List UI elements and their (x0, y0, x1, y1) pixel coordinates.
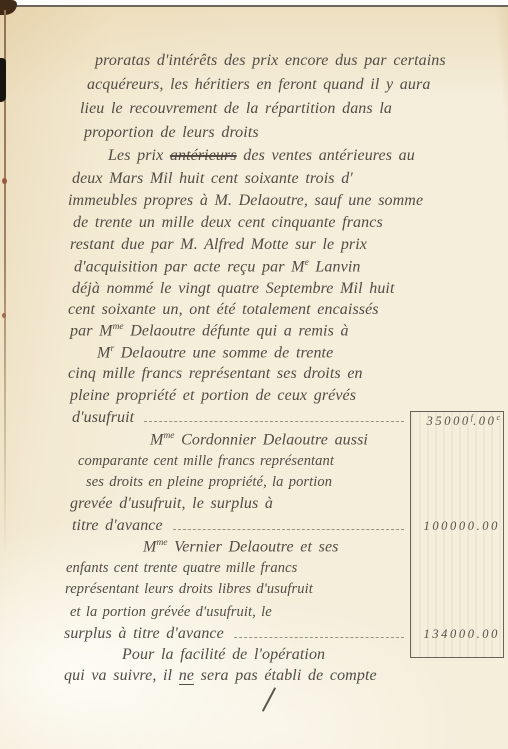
text-line: enfants cent trente quatre mille francs (66, 560, 297, 577)
text-line: d'usufruit (72, 409, 406, 427)
line-segment: d'acquisition par acte reçu par M (74, 258, 305, 275)
amount-value: 35000f.00c (410, 413, 503, 429)
line-segment: M (150, 431, 163, 448)
text-line: deux Mars Mil huit cent soixante trois d… (72, 170, 353, 188)
text-line: Les prix antérieurs des ventes antérieur… (108, 147, 415, 165)
line-segment: M (97, 344, 110, 361)
text-line: cinq mille francs représentant ses droit… (68, 365, 363, 383)
line-segment: sera pas établi de compte (194, 667, 377, 684)
amount-value: 134000.00 (410, 627, 503, 642)
text-line: de trente un mille deux cent cinquante f… (73, 214, 383, 232)
text-line: d'acquisition par acte reçu par Me Lanvi… (74, 258, 360, 276)
text-line: grevée d'usufruit, le surplus à (70, 495, 273, 513)
amount-digits: 35000 (427, 414, 471, 428)
superscript: me (163, 431, 174, 441)
text-line: titre d'avance (72, 517, 406, 535)
text-line: surplus à titre d'avance (64, 625, 406, 643)
text-line: représentant leurs droits libres d'usufr… (65, 581, 313, 598)
text-line: déjà nommé le vingt quatre Septembre Mil… (72, 280, 395, 298)
text-line: et la portion grévée d'usufruit, le (70, 604, 272, 621)
line-segment: Delaoutre défunte qui a remis à (124, 322, 349, 339)
line-segment: Cordonnier Delaoutre aussi (175, 431, 368, 448)
text-line: proratas d'intérêts des prix encore dus … (95, 52, 446, 70)
line-segment: des ventes antérieures au (237, 147, 415, 164)
line-segment: Vernier Delaoutre et ses (168, 538, 339, 555)
line-segment: M (143, 538, 156, 555)
text-line: immeubles propres à M. Delaoutre, sauf u… (68, 192, 423, 210)
superscript: me (156, 538, 167, 548)
amount-cents: .00 (473, 414, 496, 428)
text-line: ses droits en pleine propriété, la porti… (86, 474, 332, 491)
underlined-word: ne (179, 667, 194, 685)
line-segment: d'usufruit (72, 409, 134, 427)
centimes-superscript: c (496, 413, 500, 422)
dash-leader (173, 529, 404, 530)
text-line: par Mme Delaoutre défunte qui a remis à (70, 322, 349, 340)
struck-word: antérieurs (170, 147, 237, 164)
superscript: me (113, 322, 124, 332)
line-segment: qui va suivre, il (64, 667, 179, 684)
text-line: lieu le recouvrement de la répartition d… (80, 100, 392, 118)
line-segment: Les prix (108, 147, 170, 164)
text-line: Mme Vernier Delaoutre et ses (143, 538, 339, 556)
line-segment: par M (70, 322, 113, 339)
text-line: Mme Cordonnier Delaoutre aussi (150, 431, 368, 449)
text-line: Mr Delaoutre une somme de trente (97, 344, 333, 362)
dash-leader (234, 637, 404, 638)
amount-bracket-box (410, 411, 504, 658)
line-segment: Lanvin (309, 258, 361, 275)
line-segment: surplus à titre d'avance (64, 625, 224, 643)
text-line: comparante cent mille francs représentan… (78, 453, 334, 470)
amount-value: 100000.00 (410, 519, 503, 534)
dash-leader (144, 421, 404, 422)
text-line: cent soixante un, ont été totalement enc… (68, 301, 379, 319)
text-line: restant due par M. Alfred Motte sur le p… (70, 236, 367, 254)
text-line: proportion de leurs droits (84, 124, 259, 142)
text-line: qui va suivre, il ne sera pas établi de … (64, 667, 377, 685)
line-segment: Delaoutre une somme de trente (114, 344, 333, 361)
text-line: pleine propriété et portion de ceux grév… (70, 387, 356, 405)
line-segment: titre d'avance (72, 517, 163, 535)
scanned-page: proratas d'intérêts des prix encore dus … (0, 0, 508, 749)
text-line: acquéreurs, les héritiers en feront quan… (87, 76, 430, 94)
text-line: Pour la facilité de l'opération (122, 646, 325, 664)
